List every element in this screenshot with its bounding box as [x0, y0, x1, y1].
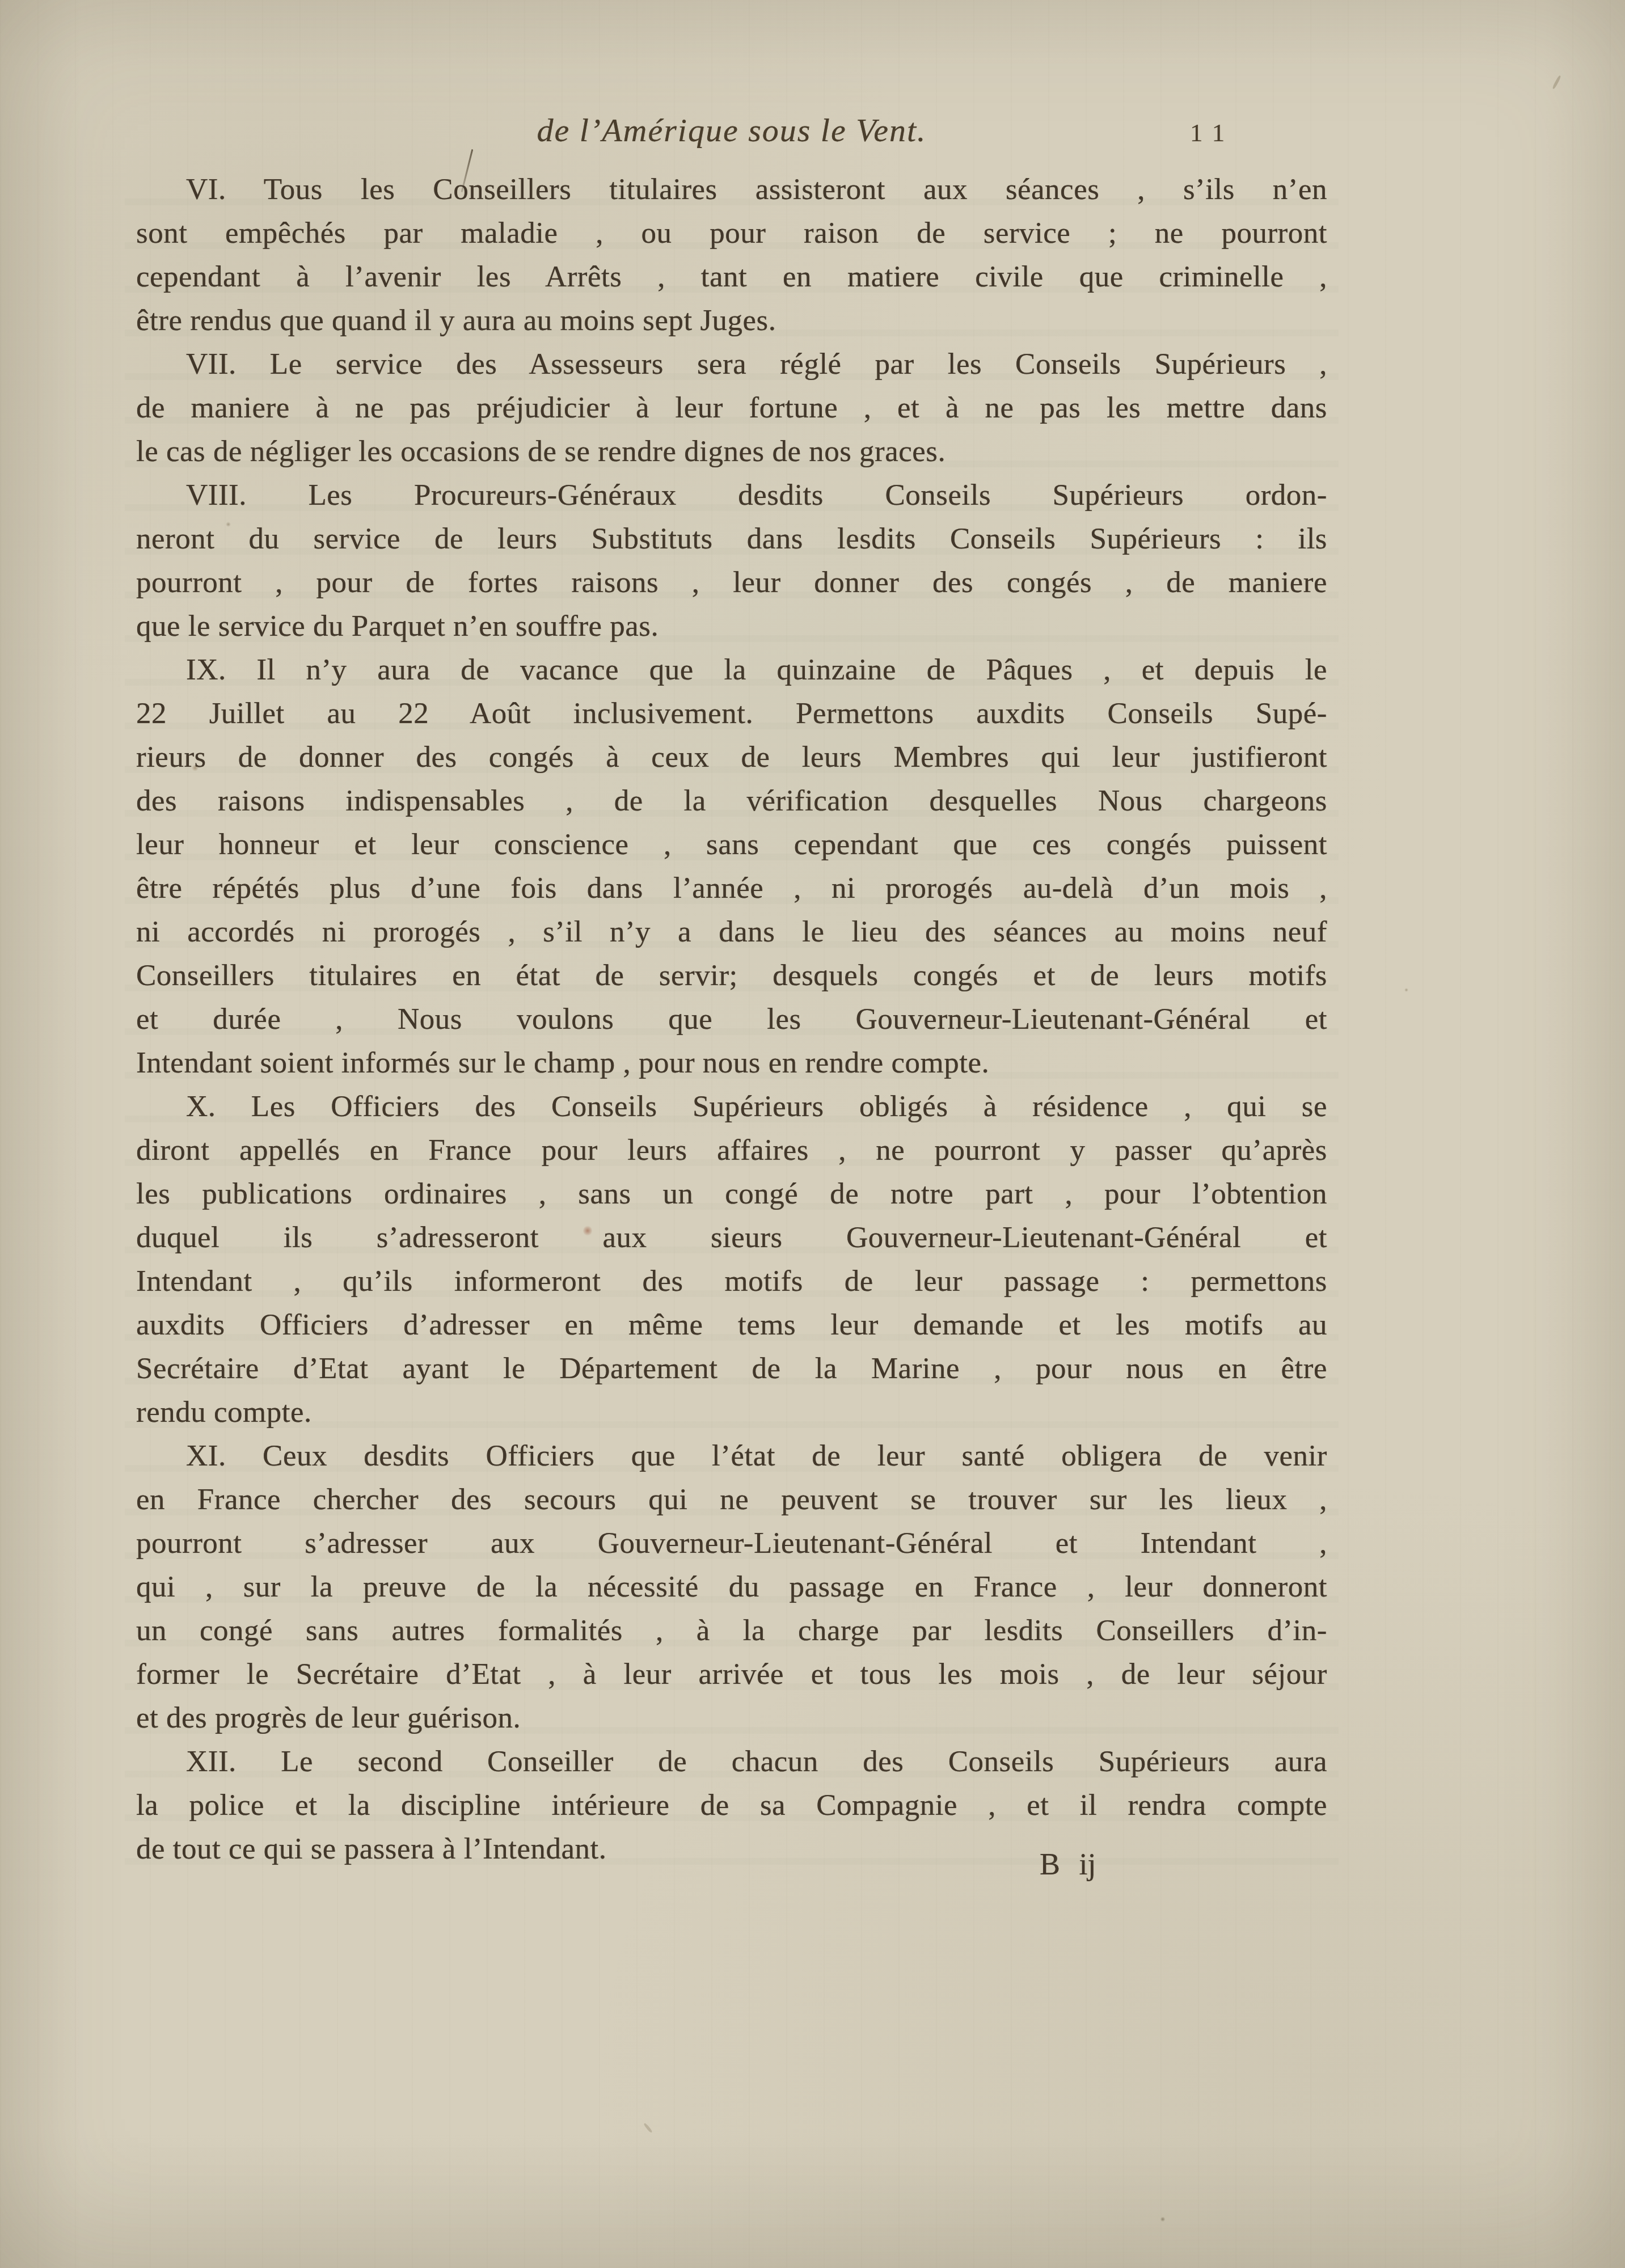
- page-title: de l’Amérique sous le Vent.: [537, 112, 926, 149]
- text-line: et des progrès de leur guérison.: [136, 1696, 1327, 1740]
- text-line: le cas de négliger les occasions de se r…: [136, 430, 1327, 474]
- text-line: XI. Ceux desdits Officiers que l’état de…: [136, 1434, 1327, 1478]
- scanned-page: de l’Amérique sous le Vent. 11 VI. Tous …: [0, 0, 1625, 2268]
- text-line: en France chercher des secours qui ne pe…: [136, 1478, 1327, 1522]
- text-line: pourront , pour de fortes raisons , leur…: [136, 561, 1327, 605]
- text-line: VII. Le service des Assesseurs sera régl…: [136, 343, 1327, 386]
- text-line: duquel ils s’adresseront aux sieurs Gouv…: [136, 1216, 1327, 1260]
- text-line: VIII. Les Procureurs-Généraux desdits Co…: [136, 474, 1327, 517]
- page-number: 11: [1190, 118, 1235, 147]
- text-line: Secrétaire d’Etat ayant le Département d…: [136, 1347, 1327, 1391]
- text-line: VI. Tous les Conseillers titulaires assi…: [136, 168, 1327, 212]
- text-line: rieurs de donner des congés à ceux de le…: [136, 736, 1327, 779]
- text-line: XII. Le second Conseiller de chacun des …: [136, 1740, 1327, 1784]
- signature-mark: B ij: [1040, 1847, 1096, 1882]
- paper-speck: [1160, 2216, 1165, 2222]
- text-line: leur honneur et leur conscience , sans c…: [136, 823, 1327, 867]
- text-line: 22 Juillet au 22 Août inclusivement. Per…: [136, 692, 1327, 736]
- text-line: des raisons indispensables , de la vérif…: [136, 779, 1327, 823]
- text-line: X. Les Officiers des Conseils Supérieurs…: [136, 1085, 1327, 1129]
- text-line: neront du service de leurs Substituts da…: [136, 517, 1327, 561]
- text-line: pourront s’adresser aux Gouverneur-Lieut…: [136, 1522, 1327, 1565]
- text-line: auxdits Officiers d’adresser en même tem…: [136, 1303, 1327, 1347]
- text-line: être rendus que quand il y aura au moins…: [136, 299, 1327, 343]
- paper-fiber: [1552, 75, 1561, 89]
- text-line: et durée , Nous voulons que les Gouverne…: [136, 998, 1327, 1041]
- text-line: les publications ordinaires , sans un co…: [136, 1172, 1327, 1216]
- text-line: rendu compte.: [136, 1391, 1327, 1434]
- text-line: cependant à l’avenir les Arrêts , tant e…: [136, 255, 1327, 299]
- text-line: que le service du Parquet n’en souffre p…: [136, 605, 1327, 648]
- text-line: sont empêchés par maladie , ou pour rais…: [136, 212, 1327, 255]
- paper-speck: [1404, 988, 1408, 992]
- text-line: qui , sur la preuve de la nécessité du p…: [136, 1565, 1327, 1609]
- text-block: VI. Tous les Conseillers titulaires assi…: [136, 168, 1327, 1871]
- text-line: Intendant , qu’ils informeront des motif…: [136, 1260, 1327, 1303]
- text-line: Conseillers titulaires en état de servir…: [136, 954, 1327, 998]
- text-line: un congé sans autres formalités , à la c…: [136, 1609, 1327, 1653]
- text-line: diront appellés en France pour leurs aff…: [136, 1129, 1327, 1172]
- paper-fiber: [643, 2123, 653, 2134]
- text-line: IX. Il n’y aura de vacance que la quinza…: [136, 648, 1327, 692]
- running-header: de l’Amérique sous le Vent.: [136, 112, 1327, 149]
- text-line: la police et la discipline intérieure de…: [136, 1784, 1327, 1827]
- text-line: être répétés plus d’une fois dans l’anné…: [136, 867, 1327, 910]
- text-line: ni accordés ni prorogés , s’il n’y a dan…: [136, 910, 1327, 954]
- text-line: de tout ce qui se passera à l’Intendant.: [136, 1827, 1327, 1871]
- text-line: de maniere à ne pas préjudicier à leur f…: [136, 386, 1327, 430]
- text-line: Intendant soient informés sur le champ ,…: [136, 1041, 1327, 1085]
- text-line: former le Secrétaire d’Etat , à leur arr…: [136, 1653, 1327, 1696]
